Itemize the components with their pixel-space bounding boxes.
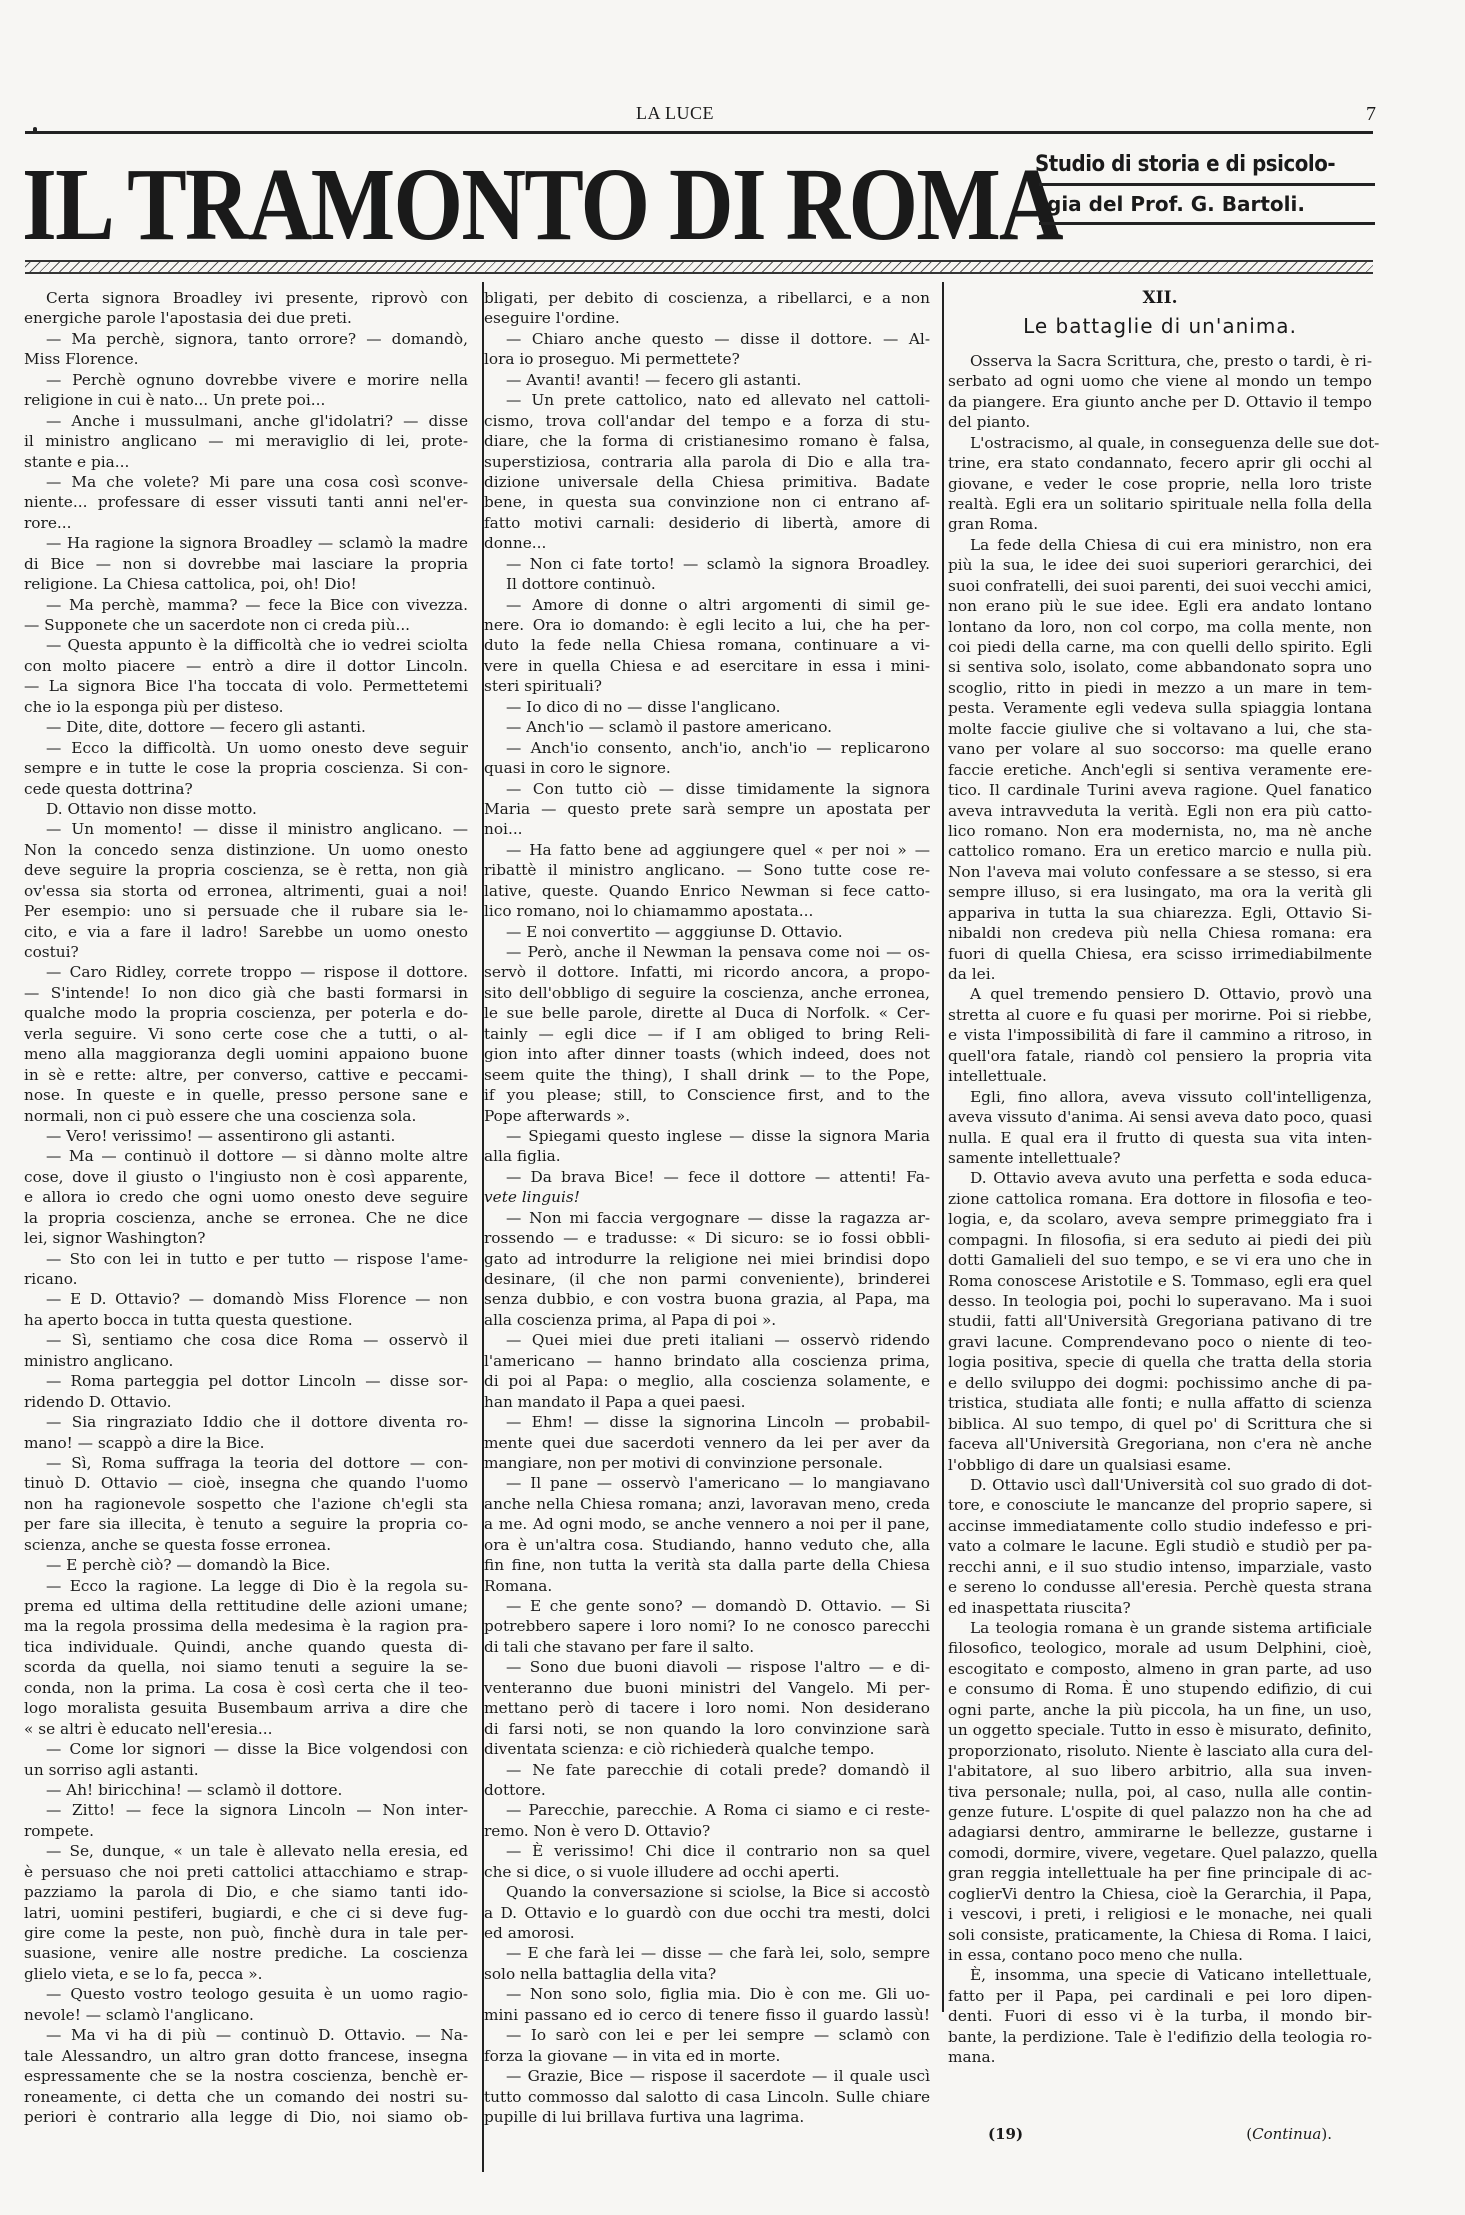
text-line: coi piedi della carne, ma con quelli del… <box>948 637 1372 657</box>
text-line: desso. In teologia poi, pochi lo superav… <box>948 1291 1372 1311</box>
text-line: tore, e conosciute le mancanze del propr… <box>948 1495 1372 1515</box>
text-line: — Sì, sentiamo che cosa dice Roma — osse… <box>24 1330 468 1350</box>
text-line: bante, la perdizione. Tale è l'edifizio … <box>948 2027 1372 2047</box>
text-line: fatto per il Papa, pei cardinali e pei l… <box>948 1986 1372 2006</box>
text-line: Romana. <box>484 1576 930 1596</box>
text-line: cose, dove il giusto o l'ingiusto non è … <box>24 1167 468 1187</box>
text-line: venteranno due buoni ministri del Vangel… <box>484 1678 930 1698</box>
text-line: Pope afterwards ». <box>484 1106 930 1126</box>
text-line: adagiarsi dentro, ammirarne le bellezze,… <box>948 1822 1372 1842</box>
text-line: sempre e in tutte le cose la propria cos… <box>24 758 468 778</box>
text-line: e consumo di Roma. È uno stupendo edifiz… <box>948 1679 1372 1699</box>
text-line: — Il pane — osservò l'americano — lo man… <box>484 1473 930 1493</box>
text-line: deve seguire la propria coscienza, se è … <box>24 860 468 880</box>
text-line: forza la giovane — in vita ed in morte. <box>484 2046 930 2066</box>
text-line: zione cattolica romana. Era dottore in f… <box>948 1189 1372 1209</box>
text-line: intellettuale. <box>948 1066 1372 1086</box>
text-line: biblica. Al suo tempo, di quel po' di Sc… <box>948 1414 1372 1434</box>
text-line: — Ma — continuò il dottore — si dànno mo… <box>24 1146 468 1166</box>
text-line: scoglio, ritto in piedi in mezzo a un ma… <box>948 678 1372 698</box>
text-line: vete linguis! <box>484 1187 930 1207</box>
text-line: nevole! — sclamò l'anglicano. <box>24 2005 468 2025</box>
text-line: vano per volare al suo soccorso: ma quel… <box>948 739 1372 759</box>
text-line: anche nella Chiesa romana; anzi, lavorav… <box>484 1494 930 1514</box>
text-line: « se altri è educato nell'eresia... <box>24 1719 468 1739</box>
text-line: — Avanti! avanti! — fecero gli astanti. <box>484 370 930 390</box>
continued-note: (Continua). <box>1246 2124 1332 2144</box>
text-line: niente... professare di esser vissuti ta… <box>24 492 468 512</box>
text-line: Non l'aveva mai voluto confessare a se s… <box>948 862 1372 882</box>
text-line: tinuò D. Ottavio — cioè, insegna che qua… <box>24 1473 468 1493</box>
text-line: — Questa appunto è la difficoltà che io … <box>24 635 468 655</box>
text-line: — Dite, dite, dottore — fecero gli astan… <box>24 717 468 737</box>
text-line: bligati, per debito di coscienza, a ribe… <box>484 288 930 308</box>
text-line: quasi in coro le signore. <box>484 758 930 778</box>
text-line: — E perchè ciò? — domandò la Bice. <box>24 1555 468 1575</box>
text-line: — Ah! biricchina! — sclamò il dottore. <box>24 1780 468 1800</box>
text-line: mangiare, non per motivi di convinzione … <box>484 1453 930 1473</box>
text-line: — Vero! verissimo! — assentirono gli ast… <box>24 1126 468 1146</box>
text-line: per fare sia illecita, è tenuto a seguir… <box>24 1514 468 1534</box>
text-line: mana. <box>948 2047 1372 2067</box>
text-line: latri, uomini pestiferi, bugiardi, e che… <box>24 1903 468 1923</box>
text-line: coglierVi dentro la Chiesa, cioè la Gera… <box>948 1884 1372 1904</box>
text-line: più la sua, le idee dei suoi superiori g… <box>948 555 1372 575</box>
text-line: un oggetto speciale. Tutto in esso è mis… <box>948 1720 1372 1740</box>
text-line: filosofico, teologico, morale ad usum De… <box>948 1638 1372 1658</box>
text-line: han mandato il Papa a quei paesi. <box>484 1392 930 1412</box>
text-line: La fede della Chiesa di cui era ministro… <box>948 535 1372 555</box>
text-line: nose. In queste e in quelle, presso pers… <box>24 1085 468 1105</box>
text-line: tiva personale; nulla, poi, al caso, nul… <box>948 1782 1372 1802</box>
text-line: — Non sono solo, figlia mia. Dio è con m… <box>484 1984 930 2004</box>
text-line: del pianto. <box>948 412 1372 432</box>
text-line: L'ostracismo, al quale, in conseguenza d… <box>948 433 1372 453</box>
text-line: aveva intravveduta la verità. Egli non e… <box>948 801 1372 821</box>
text-line: — Ma vi ha di più — continuò D. Ottavio.… <box>24 2025 468 2045</box>
text-line: — Non ci fate torto! — sclamò la signora… <box>484 554 930 574</box>
text-line: Maria — questo prete sarà sempre un apos… <box>484 799 930 819</box>
text-line: roneamente, ci detta che un comando dei … <box>24 2087 468 2107</box>
text-line: stretta al cuore e fu quasi per morirne.… <box>948 1005 1372 1025</box>
text-line: gire come la peste, non può, finchè dura… <box>24 1923 468 1943</box>
text-line: di farsi noti, se non quando la loro con… <box>484 1719 930 1739</box>
text-line: logia, e, da scolaro, aveva sempre prime… <box>948 1209 1372 1229</box>
text-line: soli consiste, praticamente, la Chiesa d… <box>948 1925 1372 1945</box>
text-line: e sereno lo condusse all'eresia. Perchè … <box>948 1577 1372 1597</box>
text-line: D. Ottavio aveva avuto una perfetta e so… <box>948 1168 1372 1188</box>
text-line: Non la concedo senza distinzione. Un uom… <box>24 840 468 860</box>
text-line: fatto motivi carnali: desiderio di liber… <box>484 513 930 533</box>
text-line: di tali che stavano per fare il salto. <box>484 1637 930 1657</box>
text-line: le sue belle parole, dirette al Duca di … <box>484 1003 930 1023</box>
text-line: fin fine, non tutta la verità sta dalla … <box>484 1555 930 1575</box>
text-line: Certa signora Broadley ivi presente, rip… <box>24 288 468 308</box>
text-line: dotti Gamalieli del suo tempo, e se vi e… <box>948 1250 1372 1270</box>
text-line: — Anch'io consento, anch'io, anch'io — r… <box>484 738 930 758</box>
text-line: aveva vissuto d'anima. Ai sensi aveva da… <box>948 1107 1372 1127</box>
text-line: — Caro Ridley, correte troppo — rispose … <box>24 962 468 982</box>
text-line: gion into after dinner toasts (which ind… <box>484 1044 930 1064</box>
text-line: cito, e via a fare il ladro! Sarebbe un … <box>24 922 468 942</box>
text-line: servò il dottore. Infatti, mi ricordo an… <box>484 962 930 982</box>
text-line: qualche modo la propria coscienza, per p… <box>24 1003 468 1023</box>
text-line: genze future. L'ospite di quel palazzo n… <box>948 1802 1372 1822</box>
text-line: bene, in questa sua convinzione non ci e… <box>484 492 930 512</box>
text-line: — La signora Bice l'ha toccata di volo. … <box>24 676 468 696</box>
text-line: a D. Ottavio e lo guardò con due occhi t… <box>484 1903 930 1923</box>
text-line: duto la fede nella Chiesa romana, contin… <box>484 635 930 655</box>
text-line: superstiziosa, contraria alla parola di … <box>484 452 930 472</box>
text-line: scorda da quella, noi siamo tenuti a seg… <box>24 1657 468 1677</box>
text-line: è persuaso che noi preti cattolici attac… <box>24 1862 468 1882</box>
page-number: 7 <box>1366 103 1376 126</box>
text-line: — Da brava Bice! — fece il dottore — att… <box>484 1167 930 1187</box>
article-title: IL TRAMONTO DI ROMA <box>22 150 873 260</box>
text-line: compagni. In filosofia, si era seduto ai… <box>948 1230 1372 1250</box>
text-line: — Ne fate parecchie di cotali prede? dom… <box>484 1760 930 1780</box>
text-line: a me. Ad ogni modo, se anche vennero a n… <box>484 1514 930 1534</box>
text-line: che si dice, o si vuole illudere ad occh… <box>484 1862 930 1882</box>
text-line: prema ed ultima della rettitudine delle … <box>24 1596 468 1616</box>
text-line: nulla. E qual era il frutto di questa su… <box>948 1128 1372 1148</box>
text-line: e vista l'impossibilità di fare il cammi… <box>948 1025 1372 1045</box>
text-line: studii, fatti all'Università Gregoriana … <box>948 1311 1372 1331</box>
text-line: — Chiaro anche questo — disse il dottore… <box>484 329 930 349</box>
text-line: da piangere. Era giunto anche per D. Ott… <box>948 392 1372 412</box>
text-line: — Ecco la ragione. La legge di Dio è la … <box>24 1576 468 1596</box>
text-line: — Sono due buoni diavoli — rispose l'alt… <box>484 1657 930 1677</box>
text-line: — Parecchie, parecchie. A Roma ci siamo … <box>484 1800 930 1820</box>
text-line: l'abitatore, al suo libero arbitrio, all… <box>948 1761 1372 1781</box>
text-line: lei, signor Washington? <box>24 1228 468 1248</box>
text-line: sempre illuso, si era lusingato, ma ora … <box>948 882 1372 902</box>
text-line: di Bice — non si dovrebbe mai lasciare l… <box>24 554 468 574</box>
text-line: senza dubbio, e con vostra buona grazia,… <box>484 1289 930 1309</box>
text-column-3: XII. Le battaglie di un'anima. Osserva l… <box>948 278 1372 2148</box>
text-line: gran Roma. <box>948 514 1372 534</box>
text-line: — Anche i mussulmani, anche gl'idolatri?… <box>24 411 468 431</box>
text-line: — Anch'io — sclamò il pastore americano. <box>484 717 930 737</box>
text-line: Per esempio: uno si persuade che il ruba… <box>24 901 468 921</box>
chapter-body: Osserva la Sacra Scrittura, che, presto … <box>948 351 1372 2068</box>
text-line: nere. Ora io domando: è egli lecito a lu… <box>484 615 930 635</box>
text-line: e dello sviluppo dei dogmi: pochissimo a… <box>948 1373 1372 1393</box>
text-line: diventata scienza: e ciò richiederà qual… <box>484 1739 930 1759</box>
text-line: — Sì, Roma suffraga la teoria del dottor… <box>24 1453 468 1473</box>
text-line: dottore. <box>484 1780 930 1800</box>
text-line: — Roma parteggia pel dottor Lincoln — di… <box>24 1371 468 1391</box>
text-line: i vescovi, i preti, i religiosi e le mon… <box>948 1904 1372 1924</box>
text-line: giovane, e veder le cose proprie, nella … <box>948 474 1372 494</box>
text-line: ministro anglicano. <box>24 1351 468 1371</box>
text-line: ogni parte, anche la più piccola, ha un … <box>948 1700 1372 1720</box>
text-line: normali, non ci può essere che una cosci… <box>24 1106 468 1126</box>
text-line: Il dottore continuò. <box>484 574 930 594</box>
text-line: suasione, venire alle nostre prediche. L… <box>24 1943 468 1963</box>
text-line: pupille di lui brillava furtiva una lagr… <box>484 2107 930 2127</box>
text-line: religione. La Chiesa cattolica, poi, oh!… <box>24 574 468 594</box>
text-line: — Se, dunque, « un tale è allevato nella… <box>24 1841 468 1861</box>
subtitle-line-2: gia del Prof. G. Bartoli. <box>1047 192 1375 216</box>
text-line: ricano. <box>24 1269 468 1289</box>
text-line: — Questo vostro teologo gesuita è un uom… <box>24 1984 468 2004</box>
text-line: — Grazie, Bice — rispose il sacerdote — … <box>484 2066 930 2086</box>
text-line: tica individuale. Quindi, anche quando q… <box>24 1637 468 1657</box>
text-line: la propria coscienza, anche se erronea. … <box>24 1208 468 1228</box>
text-line: — Io sarò con lei e per lei sempre — scl… <box>484 2025 930 2045</box>
text-line: realtà. Egli era un solitario spirituale… <box>948 494 1372 514</box>
text-line: di poi al Papa: o meglio, alla coscienza… <box>484 1371 930 1391</box>
text-line: — E noi convertito — agggiunse D. Ottavi… <box>484 922 930 942</box>
text-line: — E D. Ottavio? — domandò Miss Florence … <box>24 1289 468 1309</box>
text-line: denti. Fuori di esso vi è la turba, il m… <box>948 2006 1372 2026</box>
text-line: alla coscienza prima, al Papa di poi ». <box>484 1310 930 1330</box>
chapter-number: XII. <box>948 288 1372 308</box>
text-line: stante e pia... <box>24 452 468 472</box>
text-line: alla figlia. <box>484 1146 930 1166</box>
text-line: nibaldi non credeva più nella Chiesa rom… <box>948 923 1372 943</box>
text-line: ha aperto bocca in tutta questa question… <box>24 1310 468 1330</box>
text-line: — Io dico di no — disse l'anglicano. <box>484 697 930 717</box>
text-line: pazziamo la parola di Dio, e che siamo t… <box>24 1882 468 1902</box>
text-line: lora io proseguo. Mi permettete? <box>484 349 930 369</box>
column-divider-2 <box>942 282 944 2012</box>
text-line: rossendo — e tradusse: « Di sicuro: se i… <box>484 1228 930 1248</box>
text-line: faceva all'Università Gregoriana, non c'… <box>948 1434 1372 1454</box>
running-header: LA LUCE 7 <box>0 103 1465 127</box>
text-column-1: Certa signora Broadley ivi presente, rip… <box>24 288 468 2127</box>
text-line: Quando la conversazione si sciolse, la B… <box>484 1882 930 1902</box>
text-line: — Ecco la difficoltà. Un uomo onesto dev… <box>24 738 468 758</box>
subtitle-line-1: Studio di storia e di psicolo- <box>1035 152 1341 177</box>
text-line: rompete. <box>24 1821 468 1841</box>
text-line: vato a colmare le lacune. Egli studiò e … <box>948 1536 1372 1556</box>
text-line: La teologia romana è un grande sistema a… <box>948 1618 1372 1638</box>
text-line: ov'essa sia storta od erronea, altriment… <box>24 881 468 901</box>
text-line: in essa, contano poco meno che nulla. <box>948 1945 1372 1965</box>
text-line: — Sto con lei in tutto e per tutto — ris… <box>24 1249 468 1269</box>
text-line: recchi anni, e il suo studio intenso, im… <box>948 1557 1372 1577</box>
text-line: — Supponete che un sacerdote non ci cred… <box>24 615 468 635</box>
text-column-2: bligati, per debito di coscienza, a ribe… <box>484 288 930 2127</box>
subtitle-rule <box>1039 183 1375 186</box>
text-line: A quel tremendo pensiero D. Ottavio, pro… <box>948 984 1372 1004</box>
article-subtitle: Studio di storia e di psicolo- gia del P… <box>1035 152 1375 231</box>
text-line: ed inaspettata riuscita? <box>948 1598 1372 1618</box>
text-line: costui? <box>24 942 468 962</box>
text-line: comodi, dormire, vivere, vegetare. Quel … <box>948 1843 1372 1863</box>
text-line: cismo, trova coll'andar del tempo e a fo… <box>484 411 930 431</box>
text-line: con molto piacere — entrò a dire il dott… <box>24 656 468 676</box>
text-line: Roma conoscese Aristotile e S. Tommaso, … <box>948 1271 1372 1291</box>
text-line: molte faccie giulive che si voltavano a … <box>948 719 1372 739</box>
text-line: mano! — scappò a dire la Bice. <box>24 1433 468 1453</box>
text-line: tale Alessandro, un altro gran dotto fra… <box>24 2046 468 2066</box>
text-line: — Un prete cattolico, nato ed allevato n… <box>484 390 930 410</box>
installment-number: (19) <box>988 2124 1023 2144</box>
text-line: ribattè il ministro anglicano. — Sono tu… <box>484 860 930 880</box>
text-line: — Ha fatto bene ad aggiungere quel « per… <box>484 840 930 860</box>
text-line: ridendo D. Ottavio. <box>24 1392 468 1412</box>
text-line: potrebbero sapere i loro nomi? Io ne con… <box>484 1616 930 1636</box>
subtitle-rule-bottom <box>1039 222 1375 225</box>
text-line: verla seguire. Vi sono certe cose che a … <box>24 1024 468 1044</box>
text-line: accinse immediatamente collo studio inde… <box>948 1516 1372 1536</box>
text-line: gato ad introdurre la religione nei miei… <box>484 1249 930 1269</box>
text-line: ma la regola prossima della medesima è l… <box>24 1616 468 1636</box>
text-line: fuori di quella Chiesa, era scisso irrim… <box>948 944 1372 964</box>
text-line: — È verissimo! Chi dice il contrario non… <box>484 1841 930 1861</box>
text-line: quell'ora fatale, riandò col pensiero la… <box>948 1046 1372 1066</box>
text-line: — E che farà lei — disse — che farà lei,… <box>484 1943 930 1963</box>
text-line: conda, non la prima. La cosa è così cert… <box>24 1678 468 1698</box>
text-line: — Sia ringraziato Iddio che il dottore d… <box>24 1412 468 1432</box>
text-line: proporzionato, risoluto. Niente è lascia… <box>948 1741 1372 1761</box>
text-line: tristica, studiata alle fonti; e nulla a… <box>948 1393 1372 1413</box>
text-line: l'obbligo di dare un qualsiasi esame. <box>948 1455 1372 1475</box>
text-line: energiche parole l'apostasia dei due pre… <box>24 308 468 328</box>
text-line: — Spiegami questo inglese — disse la sig… <box>484 1126 930 1146</box>
text-line: gran reggia intellettuale ha per fine pr… <box>948 1863 1372 1883</box>
text-line: if you please; still, to Conscience firs… <box>484 1085 930 1105</box>
text-line: — Ma perchè, signora, tanto orrore? — do… <box>24 329 468 349</box>
text-line: mini passano ed io cerco di tenere fisso… <box>484 2005 930 2025</box>
text-line: noi... <box>484 819 930 839</box>
text-line: periori è contrario alla legge di Dio, n… <box>24 2107 468 2127</box>
text-line: sito dell'obbligo di seguire la coscienz… <box>484 983 930 1003</box>
text-line: meno alla maggioranza degli uomini appai… <box>24 1044 468 1064</box>
text-line: — S'intende! Io non dico già che basti f… <box>24 983 468 1003</box>
running-title: LA LUCE <box>636 103 714 124</box>
text-line: diare, che la forma di cristianesimo rom… <box>484 431 930 451</box>
text-line: logia positiva, specie di quella che tra… <box>948 1352 1372 1372</box>
text-line: non erano più le sue idee. Egli era anda… <box>948 596 1372 616</box>
text-line: che io la esponga più per disteso. <box>24 697 468 717</box>
text-line: non ha ragionevole sospetto che l'azione… <box>24 1494 468 1514</box>
text-line: scienza, anche se questa fosse erronea. <box>24 1535 468 1555</box>
ornamental-divider <box>25 260 1373 274</box>
text-line: steri spirituali? <box>484 676 930 696</box>
text-line: da lei. <box>948 964 1372 984</box>
text-line: D. Ottavio non disse motto. <box>24 799 468 819</box>
text-line: pesta. Veramente egli vedeva sulla spiag… <box>948 698 1372 718</box>
text-line: eseguire l'ordine. <box>484 308 930 328</box>
text-line: cattolico romano. Era un eretico marcio … <box>948 841 1372 861</box>
text-line: suoi confratelli, dei suoi parenti, dei … <box>948 576 1372 596</box>
text-line: D. Ottavio uscì dall'Università col suo … <box>948 1475 1372 1495</box>
text-line: cede questa dottrina? <box>24 779 468 799</box>
text-line: seem quite the thing), I shall drink — t… <box>484 1065 930 1085</box>
text-line: in sè e rette: altre, per converso, catt… <box>24 1065 468 1085</box>
text-line: ed amorosi. <box>484 1923 930 1943</box>
text-line: — Amore di donne o altri argomenti di si… <box>484 595 930 615</box>
text-line: mente quei due sacerdoti vennero da lei … <box>484 1433 930 1453</box>
text-line: rore... <box>24 513 468 533</box>
text-line: lico romano, noi lo chiamammo apostata..… <box>484 901 930 921</box>
text-line: dizione universale della Chiesa primitiv… <box>484 472 930 492</box>
text-line: È, insomma, una specie di Vaticano intel… <box>948 1965 1372 1985</box>
text-line: donne... <box>484 533 930 553</box>
text-line: religione in cui è nato... Un prete poi.… <box>24 390 468 410</box>
text-line: — E che gente sono? — domandò D. Ottavio… <box>484 1596 930 1616</box>
text-line: — Un momento! — disse il ministro anglic… <box>24 819 468 839</box>
text-line: espressamente che se la nostra coscienza… <box>24 2066 468 2086</box>
text-line: remo. Non è vero D. Ottavio? <box>484 1821 930 1841</box>
text-line: escogitato e composto, almeno in gran pa… <box>948 1659 1372 1679</box>
text-line: — Non mi faccia vergognare — disse la ra… <box>484 1208 930 1228</box>
text-line: il ministro anglicano — mi meraviglio di… <box>24 431 468 451</box>
text-line: ora è un'altra cosa. Studiando, hanno ve… <box>484 1535 930 1555</box>
chapter-title: Le battaglie di un'anima. <box>948 316 1372 336</box>
text-line: — Ehm! — disse la signorina Lincoln — pr… <box>484 1412 930 1432</box>
text-line: solo nella battaglia della vita? <box>484 1964 930 1984</box>
header-rule <box>25 131 1373 134</box>
text-line: lative, queste. Quando Enrico Newman si … <box>484 881 930 901</box>
text-line: — Ha ragione la signora Broadley — sclam… <box>24 533 468 553</box>
text-line: trine, era stato condannato, fecero apri… <box>948 453 1372 473</box>
text-line: — Zitto! — fece la signora Lincoln — Non… <box>24 1800 468 1820</box>
text-line: vere in quella Chiesa e ad esercitare in… <box>484 656 930 676</box>
text-line: — Perchè ognuno dovrebbe vivere e morire… <box>24 370 468 390</box>
text-line: faccie eretiche. Anch'egli si sentiva ve… <box>948 760 1372 780</box>
text-line: lontano da loro, non col corpo, ma colla… <box>948 617 1372 637</box>
text-line: tainly — egli dice — if I am obliged to … <box>484 1024 930 1044</box>
text-line: serbato ad ogni uomo che viene al mondo … <box>948 371 1372 391</box>
article-footer: (19) (Continua). <box>948 2124 1372 2148</box>
text-line: glielo vieta, e se lo fa, pecca ». <box>24 1964 468 1984</box>
text-line: Egli, fino allora, aveva vissuto coll'in… <box>948 1087 1372 1107</box>
text-line: tico. Il cardinale Turini aveva ragione.… <box>948 780 1372 800</box>
text-line: — Con tutto ciò — disse timidamente la s… <box>484 779 930 799</box>
text-line: samente intellettuale? <box>948 1148 1372 1168</box>
text-line: desinare, (il che non parmi conveniente)… <box>484 1269 930 1289</box>
text-line: mettano però di tacere i loro nomi. Non … <box>484 1698 930 1718</box>
text-line: Osserva la Sacra Scrittura, che, presto … <box>948 351 1372 371</box>
text-line: e allora io credo che ogni uomo onesto d… <box>24 1187 468 1207</box>
text-line: — Ma perchè, mamma? — fece la Bice con v… <box>24 595 468 615</box>
text-line: tutto commosso dal salotto di casa Linco… <box>484 2087 930 2107</box>
text-line: — Come lor signori — disse la Bice volge… <box>24 1739 468 1759</box>
text-line: l'americano — hanno brindato alla coscie… <box>484 1351 930 1371</box>
text-line: gravi lacune. Comprendevano poco o nient… <box>948 1332 1372 1352</box>
text-line: un sorriso agli astanti. <box>24 1760 468 1780</box>
text-line: si sentiva solo, isolato, come abbandona… <box>948 657 1372 677</box>
text-line: lico romano. Non era modernista, no, ma … <box>948 821 1372 841</box>
text-line: appariva in tutta la sua chiarezza. Egli… <box>948 903 1372 923</box>
text-line: — Però, anche il Newman la pensava come … <box>484 942 930 962</box>
text-line: Miss Florence. <box>24 349 468 369</box>
text-line: — Ma che volete? Mi pare una cosa così s… <box>24 472 468 492</box>
text-line: logo moralista gesuita Busembaum arriva … <box>24 1698 468 1718</box>
text-line: — Quei miei due preti italiani — osservò… <box>484 1330 930 1350</box>
